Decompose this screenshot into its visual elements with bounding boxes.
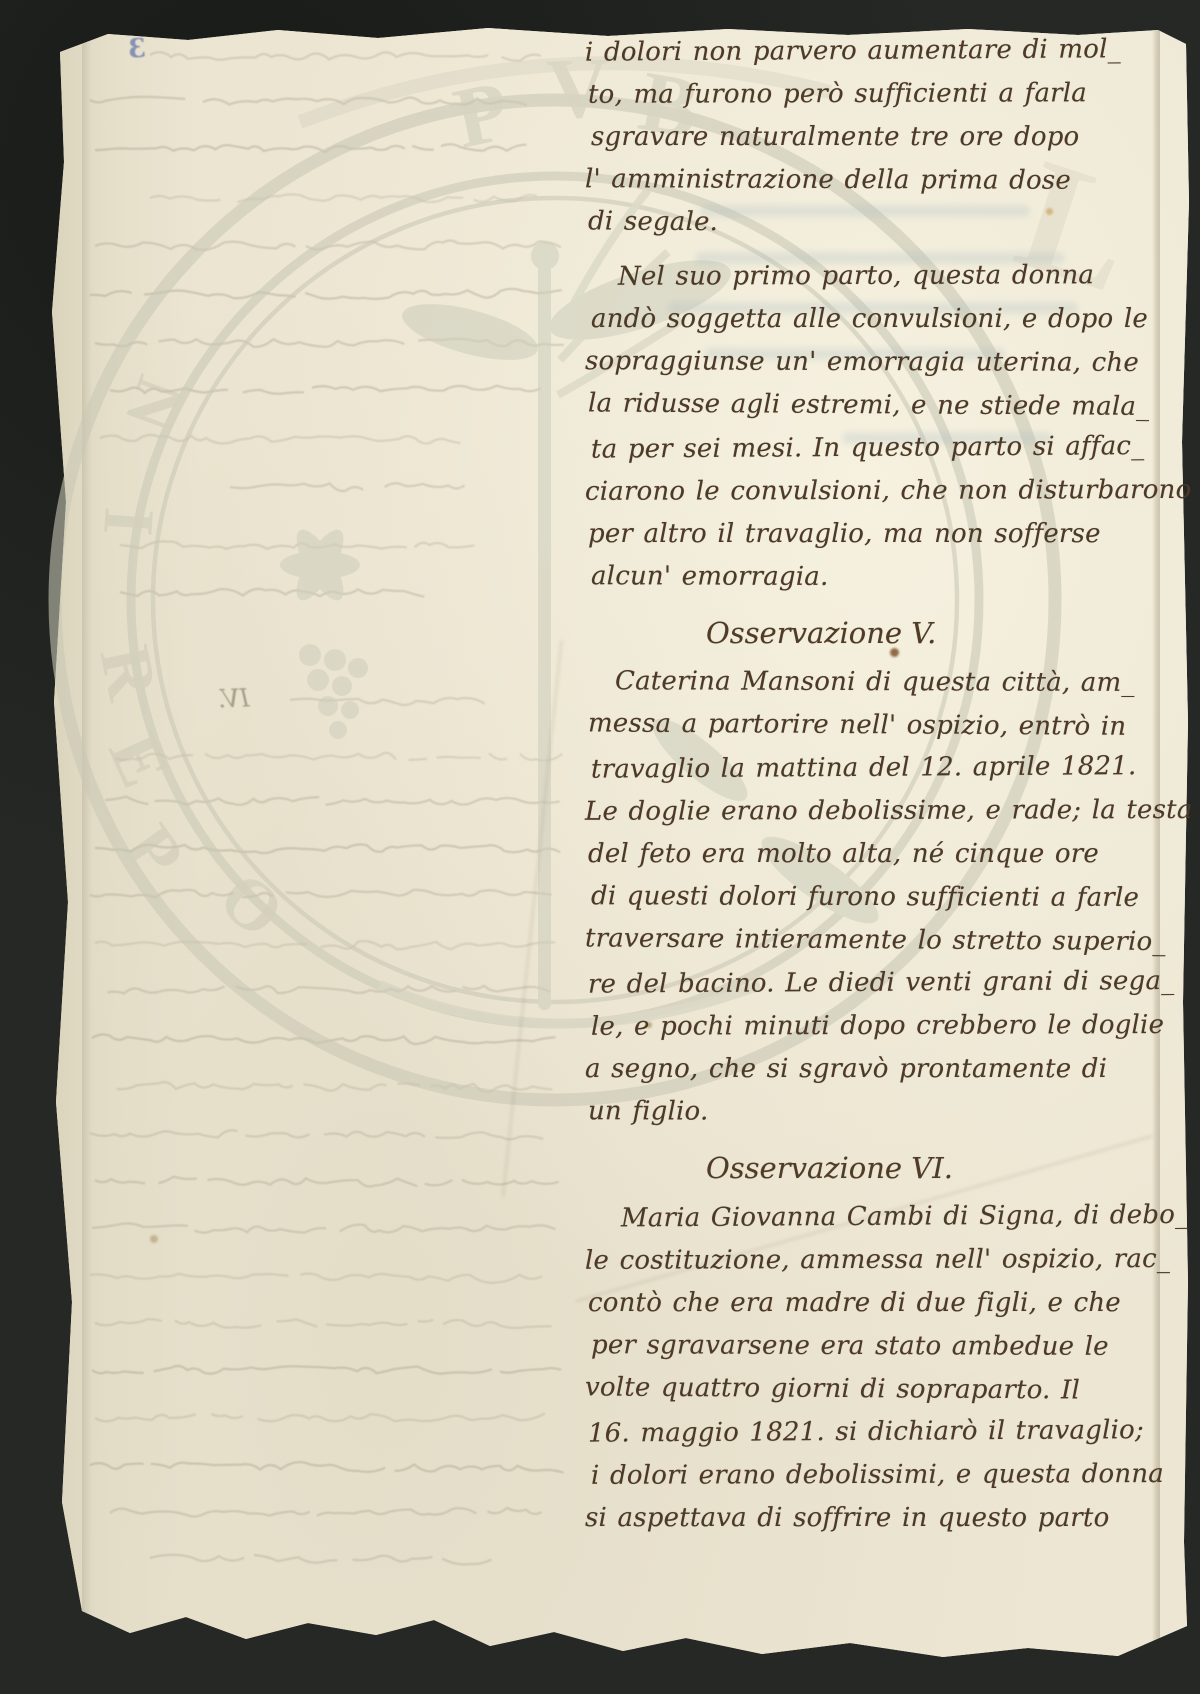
manuscript-line: un figlio. [588,1090,1100,1135]
manuscript-line: travaglio la mattina del 12. aprile 1821… [591,745,1100,791]
manuscript-paragraph: Nel suo primo parto, questa donnaandò so… [588,255,1100,599]
stamp-grape-cluster [299,644,368,739]
manuscript-line: re del bacino. Le diedi venti grani di s… [588,960,1100,1006]
manuscript-line: sopraggiunse un' emorragia uterina, che [585,340,1100,385]
manuscript-paragraph: i dolori non parvero aumentare di mol_to… [588,30,1100,245]
manuscript-line: per altro il travaglio, ma non sofferse [588,513,1100,556]
svg-text:N: N [109,367,202,443]
observation-heading: Osservazione VI. [588,1144,1100,1192]
manuscript-line: alcun' emorragia. [591,555,1100,600]
manuscript-line: sgravare naturalmente tre ore dopo [591,116,1100,159]
manuscript-line: i dolori erano debolissimi, e questa don… [591,1453,1100,1498]
manuscript-line: Maria Giovanna Cambi di Signa, di debo_ [591,1194,1100,1240]
svg-text:I: I [88,505,170,539]
manuscript-line: Nel suo primo parto, questa donna [588,254,1100,299]
svg-text:P: P [446,62,517,167]
manuscript-line: i dolori non parvero aumentare di mol_ [585,28,1100,74]
manuscript-paragraph: Maria Giovanna Cambi di Signa, di debo_l… [588,1196,1100,1540]
manuscript-line: volte quattro giorni di sopraparto. Il [585,1366,1100,1412]
manuscript-line: di segale. [588,200,1100,246]
manuscript-line: traversare intieramente lo stretto super… [585,917,1100,963]
manuscript-line: Caterina Mansoni di questa città, am_ [585,660,1100,705]
manuscript-line: Le doglie erano debolissime, e rade; la … [585,789,1100,834]
manuscript-line: a segno, che si sgravò prontamente di [585,1048,1100,1091]
svg-text:P: P [109,810,200,893]
page-number-bleed: 3 [127,34,147,65]
manuscript-line: per sgravarsene era stato ambedue le [591,1324,1100,1369]
manuscript-line: di questi dolori furono sufficienti a fa… [591,875,1100,920]
manuscript-line: la ridusse agli estremi, e ne stiede mal… [588,382,1100,428]
manuscript-line: contò che era madre di due figli, e che [588,1282,1100,1325]
manuscript-text-column: i dolori non parvero aumentare di mol_to… [588,30,1100,1550]
observation-heading: Osservazione V. [588,609,1100,657]
manuscript-line: ta per sei mesi. In questo parto si affa… [591,425,1100,471]
foxing-spot [150,1235,158,1243]
manuscript-line: si aspettava di soffrire in questo parto [585,1497,1100,1540]
manuscript-line: le, e pochi minuti dopo crebbero le dogl… [591,1004,1100,1049]
manuscript-line: andò soggetta alle convulsioni, e dopo l… [591,298,1100,341]
manuscript-line: ciarono le convulsioni, che non disturba… [585,469,1100,514]
svg-text:R: R [84,639,173,707]
manuscript-page: OPERINPVBL 3 IV. i dolori non parvero au… [0,0,1200,1694]
mirrored-section-number: IV. [218,683,251,713]
manuscript-line: to, ma furono però sufficienti a farla [588,72,1100,117]
manuscript-line: le costituzione, ammessa nell' ospizio, … [585,1238,1100,1283]
manuscript-line: 16. maggio 1821. si dichiarò il travagli… [588,1409,1100,1455]
manuscript-paragraph: Caterina Mansoni di questa città, am_mes… [588,661,1100,1134]
manuscript-line: l' amministrazione della prima dose [585,158,1100,203]
manuscript-line: messa a partorire nell' ospizio, entrò i… [588,702,1100,748]
manuscript-line: del feto era molto alta, né cinque ore [588,833,1100,876]
svg-text:O: O [205,856,299,953]
